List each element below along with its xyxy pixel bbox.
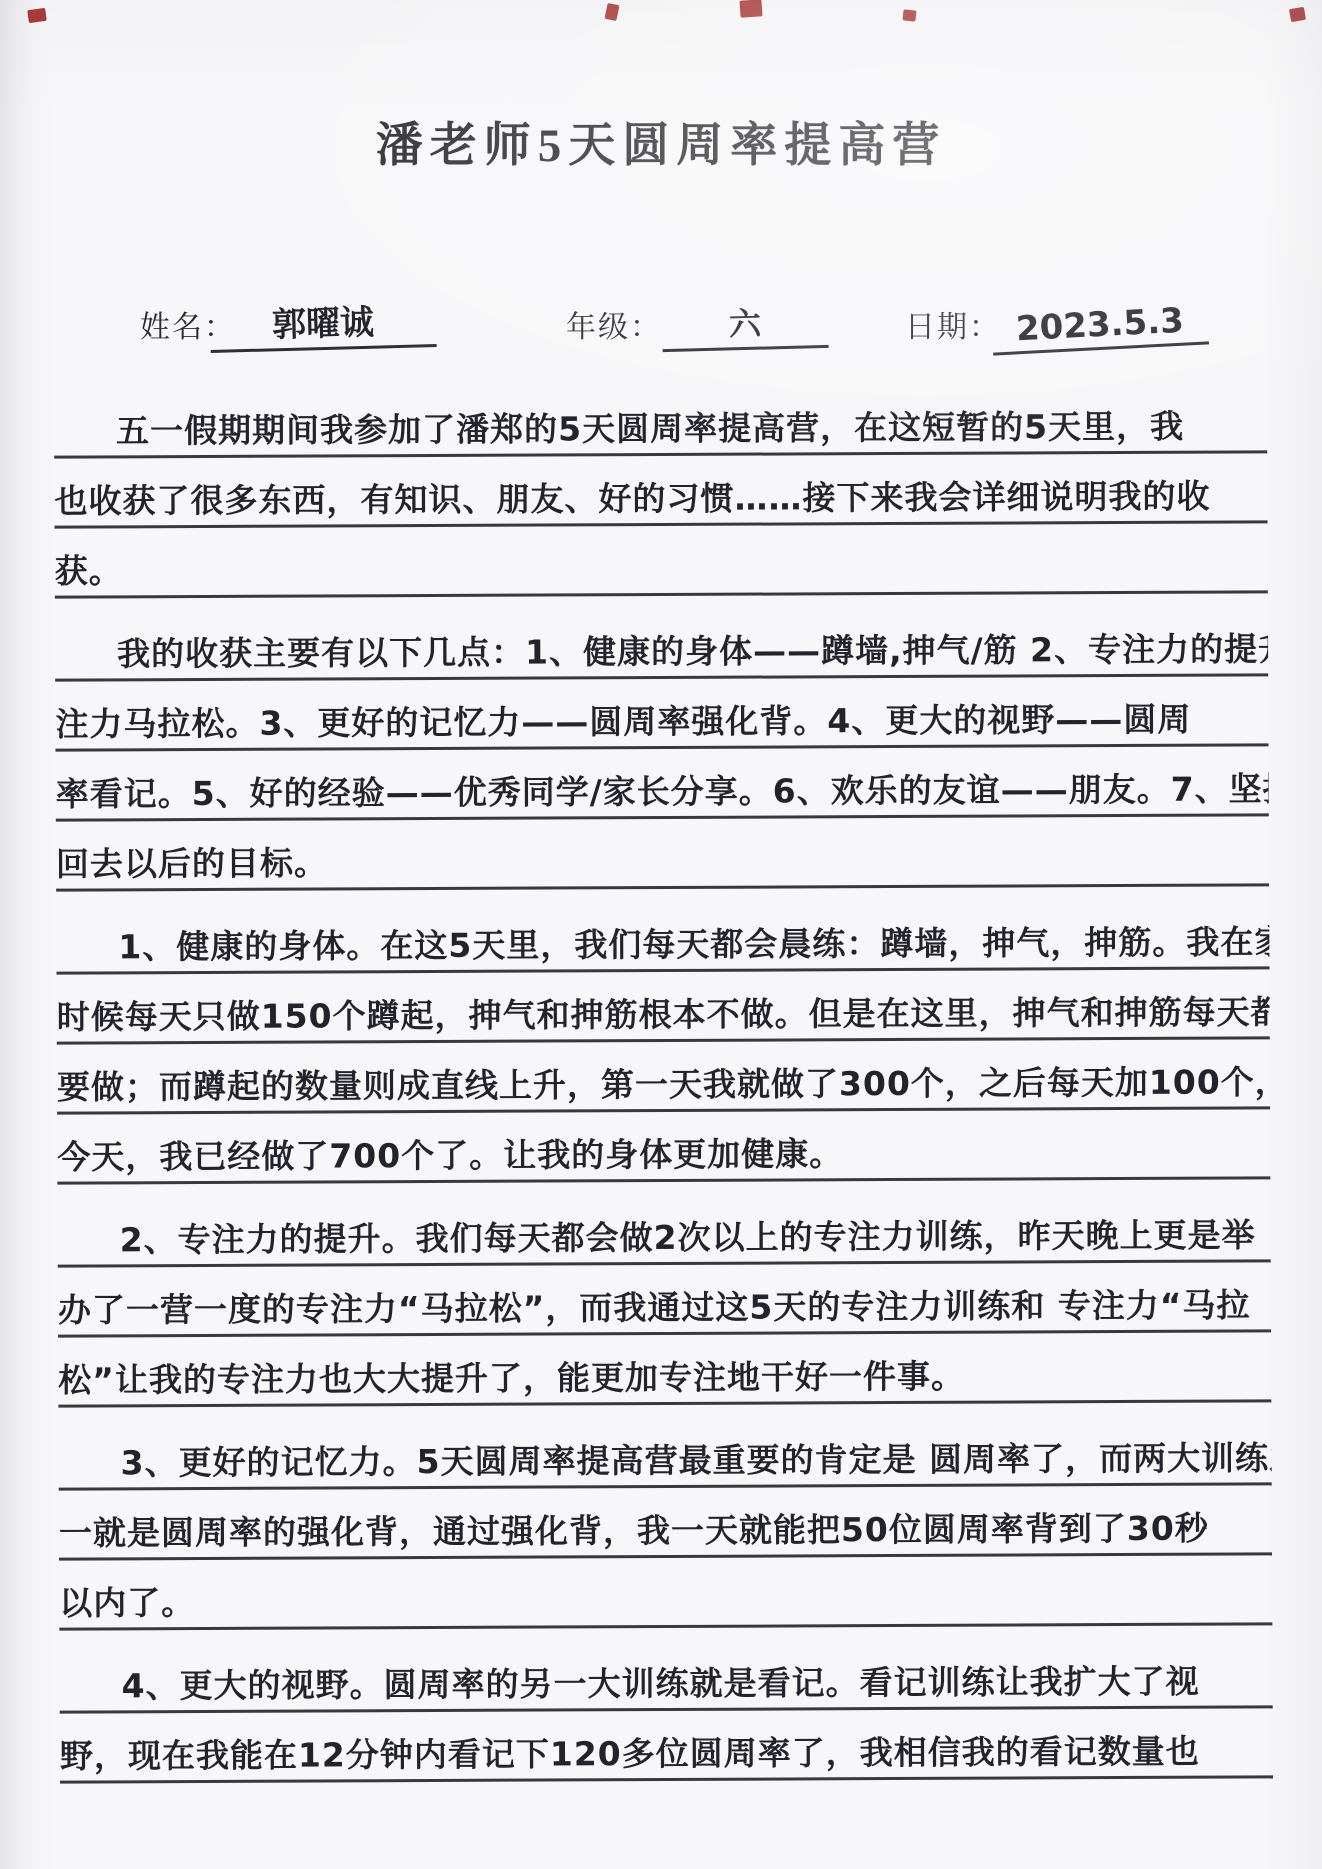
- essay-line: 松”让我的专注力也大大提升了，能更加专注地干好一件事。: [58, 1332, 1271, 1407]
- essay-body: 五一假期期间我参加了潘郑的5天圆周率提高营，在这短暂的5天里，我 也收获了很多东…: [54, 383, 1273, 1796]
- grade-label: 年级：: [566, 302, 662, 346]
- essay-line: 我的收获主要有以下几点：1、健康的身体——蹲墙,抻气/筋 2、专注力的提升——专: [55, 606, 1268, 681]
- paragraph-focus: 2、专注力的提升。我们每天都会做2次以上的专注力训练，昨天晚上更是举 办了一营一…: [57, 1192, 1271, 1407]
- essay-line: 注力马拉松。3、更好的记忆力——圆周率强化背。4、更大的视野——圆周: [55, 676, 1268, 751]
- essay-line: 回去以后的目标。: [56, 816, 1269, 891]
- essay-line: 率看记。5、好的经验——优秀同学/家长分享。6、欢乐的友谊——朋友。7、坚持——: [56, 746, 1269, 821]
- essay-line: 获。: [55, 523, 1268, 598]
- paragraph-intro: 五一假期期间我参加了潘郑的5天圆周率提高营，在这短暂的5天里，我 也收获了很多东…: [54, 383, 1268, 598]
- grade-value: 六: [661, 297, 828, 352]
- red-ink-mark: [27, 8, 47, 23]
- essay-line: 3、更好的记忆力。5天圆周率提高营最重要的肯定是 圆周率了，而两大训练之: [58, 1415, 1271, 1490]
- page-title: 潘老师5天圆周率提高营: [0, 108, 1322, 175]
- name-value: 郭曜诚: [209, 293, 436, 353]
- essay-line: 要做；而蹲起的数量则成直线上升，第一天我就做了300个，之后每天加100个，到: [57, 1039, 1270, 1114]
- essay-line: 办了一营一度的专注力“马拉松”，而我通过这5天的专注力训练和 专注力“马拉: [58, 1262, 1271, 1337]
- essay-line: 一就是圆周率的强化背，通过强化背，我一天就能把50位圆周率背到了30秒: [59, 1485, 1272, 1560]
- date-value: 2023.5.3: [991, 299, 1209, 355]
- red-ink-mark: [902, 9, 916, 21]
- essay-line: 五一假期期间我参加了潘郑的5天圆周率提高营，在这短暂的5天里，我: [54, 383, 1267, 458]
- essay-line: 也收获了很多东西，有知识、朋友、好的习惯……接下来我会详细说明我的收: [54, 453, 1267, 528]
- essay-line: 4、更大的视野。圆周率的另一大训练就是看记。看记训练让我扩大了视: [59, 1638, 1272, 1713]
- red-ink-mark: [1289, 7, 1306, 22]
- essay-line: 1、健康的身体。在这5天里，我们每天都会晨练：蹲墙，抻气，抻筋。我在家的: [56, 899, 1269, 974]
- essay-line: 今天，我已经做了700个了。让我的身体更加健康。: [57, 1109, 1270, 1184]
- paragraph-memory: 3、更好的记忆力。5天圆周率提高营最重要的肯定是 圆周率了，而两大训练之 一就是…: [58, 1415, 1272, 1630]
- date-label: 日期：: [905, 302, 1001, 346]
- paragraph-summary-list: 我的收获主要有以下几点：1、健康的身体——蹲墙,抻气/筋 2、专注力的提升——专…: [55, 606, 1269, 891]
- essay-line: 2、专注力的提升。我们每天都会做2次以上的专注力训练，昨天晚上更是举: [57, 1192, 1270, 1267]
- paragraph-healthy-body: 1、健康的身体。在这5天里，我们每天都会晨练：蹲墙，抻气，抻筋。我在家的 时候每…: [56, 899, 1270, 1184]
- essay-line: 以内了。: [59, 1555, 1272, 1630]
- essay-line: 时候每天只做150个蹲起，抻气和抻筋根本不做。但是在这里，抻气和抻筋每天都: [56, 969, 1269, 1044]
- student-info-row: 姓名： 郭曜诚 年级： 六 日期： 2023.5.3: [0, 288, 1322, 354]
- essay-line: 野，现在我能在12分钟内看记下120多位圆周率了，我相信我的看记数量也: [60, 1708, 1273, 1783]
- scanned-essay-page: 潘老师5天圆周率提高营 姓名： 郭曜诚 年级： 六 日期： 2023.5.3 五…: [0, 0, 1322, 1869]
- red-ink-mark: [739, 0, 762, 18]
- red-ink-mark: [604, 3, 619, 21]
- paragraph-vision: 4、更大的视野。圆周率的另一大训练就是看记。看记训练让我扩大了视 野，现在我能在…: [59, 1638, 1273, 1783]
